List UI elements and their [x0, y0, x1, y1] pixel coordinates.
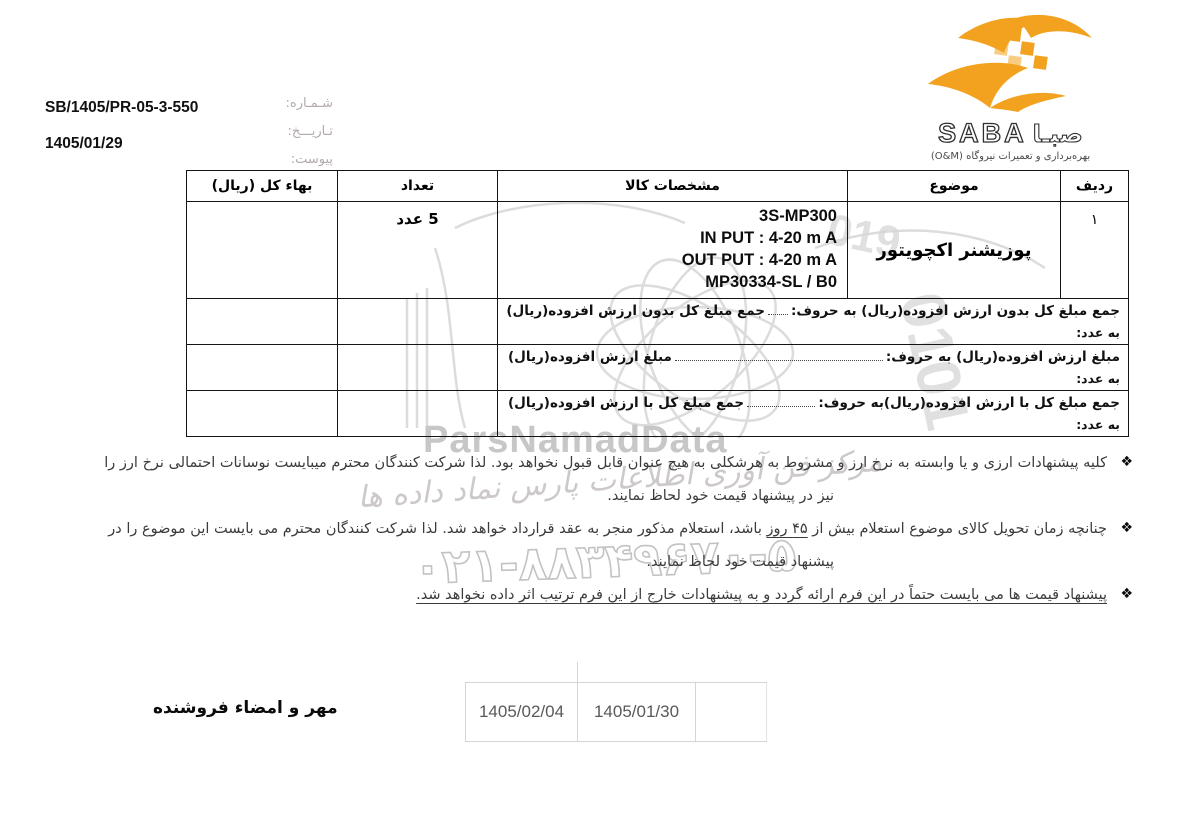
diamond-bullet-icon: ❖	[1120, 586, 1133, 602]
summary-digits-label: به عدد:	[508, 417, 1120, 432]
item-specs: 3S-MP300 IN PUT : 4-20 m A OUT PUT : 4-2…	[498, 202, 848, 299]
spec-line: OUT PUT : 4-20 m A	[498, 249, 837, 271]
summary-row-vat: مبلغ ارزش افزوده(ریال) به حروف: مبلغ ارز…	[187, 345, 1129, 391]
dotted-leader	[768, 314, 788, 315]
date-cell-left: 1405/02/04	[465, 683, 577, 741]
summary-words-label: جمع مبلغ کل با ارزش افزوده(ریال)به حروف:	[818, 395, 1120, 411]
date-cell-empty	[695, 683, 767, 741]
saba-wordmark-en: SABA	[938, 118, 1027, 149]
table-row: ۱ پوزیشنر اکچویتور 3S-MP300 IN PUT : 4-2…	[187, 202, 1129, 299]
note-delivery-time: ❖ چنانچه زمان تحویل کالای موضوع استعلام …	[150, 513, 1133, 579]
note-text-underlined: پیشنهاد قیمت ها می بایست حتماً در این فر…	[416, 587, 1107, 603]
summary-row-total-with-vat: جمع مبلغ کل با ارزش افزوده(ریال)به حروف:…	[187, 391, 1129, 437]
seller-signature-label: مهر و امضاء فروشنده	[153, 698, 338, 718]
item-total-price	[187, 202, 338, 299]
spec-line: 3S-MP300	[498, 205, 837, 227]
reference-date: 1405/01/29	[45, 135, 123, 153]
note-text: چنانچه زمان تحویل کالای موضوع استعلام بی…	[808, 521, 1107, 537]
note-line: کلیه پیشنهادات ارزی و یا وابسته به نرخ ا…	[150, 447, 1107, 480]
summary-digits-label: به عدد:	[508, 325, 1120, 340]
summary-cell: جمع مبلغ کل با ارزش افزوده(ریال)به حروف:…	[498, 391, 1129, 437]
summary-row-total-without-vat: جمع مبلغ کل بدون ارزش افزوده(ریال) به حر…	[187, 299, 1129, 345]
col-header-total-price: بهاء کل (ریال)	[187, 171, 338, 202]
dotted-leader	[747, 406, 815, 407]
date-label: تـاریـــخ:	[238, 118, 333, 146]
col-header-radif: ردیف	[1061, 171, 1129, 202]
saba-wordmark: SABA صبـا	[903, 118, 1118, 149]
spec-line: IN PUT : 4-20 m A	[498, 227, 837, 249]
attachment-label: پیوست:	[238, 146, 333, 174]
date-grid-tick	[577, 662, 578, 682]
reference-labels: شـمـاره: تـاریـــخ: پیوست:	[238, 90, 333, 174]
empty-price-cell	[187, 299, 338, 345]
ref-no-label: شـمـاره:	[238, 90, 333, 118]
date-cell-right: 1405/01/30	[577, 683, 695, 741]
spec-line: MP30334-SL / B0	[498, 271, 837, 293]
note-line: پیشنهاد قیمت خود لحاظ نمایند.	[150, 546, 834, 579]
item-qty: 5 عدد	[338, 202, 498, 299]
col-header-specs: مشخصات کالا	[498, 171, 848, 202]
saba-logo-subtitle: بهره‌برداری و تعمیرات نیروگاه (O&M)	[903, 151, 1118, 162]
note-text-underlined: ۴۵ روز	[767, 521, 808, 537]
dotted-leader	[675, 360, 883, 361]
note-form-required: ❖ پیشنهاد قیمت ها می بایست حتماً در این …	[150, 579, 1133, 612]
saba-logo: SABA صبـا بهره‌برداری و تعمیرات نیروگاه …	[903, 10, 1118, 162]
col-header-qty: تعداد	[338, 171, 498, 202]
col-header-subject: موضوع	[848, 171, 1061, 202]
summary-words-label: جمع مبلغ کل بدون ارزش افزوده(ریال) به حر…	[791, 303, 1120, 319]
document-page: { "colors": { "logo_orange": "#F2A21E", …	[0, 0, 1179, 819]
empty-price-cell	[187, 345, 338, 391]
inquiry-table: ردیف موضوع مشخصات کالا تعداد بهاء کل (ری…	[186, 170, 1129, 437]
summary-digits-label: به عدد:	[508, 371, 1120, 386]
item-subject: پوزیشنر اکچویتور	[848, 202, 1061, 299]
date-grid: 1405/02/04 1405/01/30	[465, 682, 767, 742]
empty-qty-cell	[338, 345, 498, 391]
saba-wordmark-fa: صبـا	[1033, 120, 1083, 148]
empty-price-cell	[187, 391, 338, 437]
item-row-number: ۱	[1061, 202, 1129, 299]
empty-qty-cell	[338, 299, 498, 345]
note-line: چنانچه زمان تحویل کالای موضوع استعلام بی…	[150, 513, 1107, 546]
saba-logo-icon	[926, 10, 1096, 112]
summary-words-label: مبلغ ارزش افزوده(ریال) به حروف:	[886, 349, 1120, 365]
summary-tail-label: جمع مبلغ کل بدون ارزش افزوده(ریال)	[506, 303, 765, 319]
diamond-bullet-icon: ❖	[1120, 454, 1133, 470]
note-text: باشد، استعلام مذکور منجر به عقد قرارداد …	[108, 521, 766, 537]
diamond-bullet-icon: ❖	[1120, 520, 1133, 536]
empty-qty-cell	[338, 391, 498, 437]
note-currency-offers: ❖ کلیه پیشنهادات ارزی و یا وابسته به نرخ…	[150, 447, 1133, 513]
summary-tail-label: جمع مبلغ کل با ارزش افزوده(ریال)	[508, 395, 744, 411]
summary-cell: جمع مبلغ کل بدون ارزش افزوده(ریال) به حر…	[498, 299, 1129, 345]
note-line: نیز در پیشنهاد قیمت خود لحاظ نمایند.	[150, 480, 834, 513]
summary-cell: مبلغ ارزش افزوده(ریال) به حروف: مبلغ ارز…	[498, 345, 1129, 391]
reference-number: SB/1405/PR-05-3-550	[45, 99, 198, 117]
table-header-row: ردیف موضوع مشخصات کالا تعداد بهاء کل (ری…	[187, 171, 1129, 202]
summary-tail-label: مبلغ ارزش افزوده(ریال)	[508, 349, 672, 365]
